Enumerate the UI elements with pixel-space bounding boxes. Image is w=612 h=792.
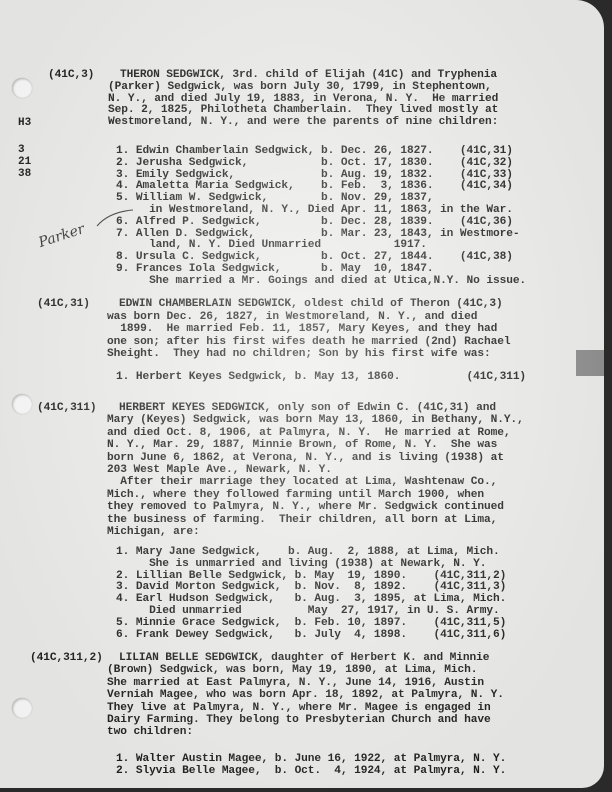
margin-note: 3: [18, 144, 25, 156]
entry-id: (41C,3): [48, 68, 94, 82]
document-page: H3 3 21 38 Parker (41C,3)THERON SEDGWICK…: [0, 0, 604, 788]
margin-note: H3: [18, 117, 31, 129]
margin-note: 21: [18, 156, 31, 168]
entry-text-line: Sheight. They had no children; Son by hi…: [107, 347, 491, 361]
index-tab: [576, 350, 604, 376]
binder-hole: [12, 78, 32, 98]
handwritten-note: Parker: [37, 221, 87, 251]
entry-id: (41C,311,2): [30, 651, 103, 665]
child-list-item: 1. Herbert Keyes Sedgwick, b. May 13, 18…: [116, 370, 526, 384]
entry-id: (41C,31): [37, 297, 90, 311]
entry-text-line: two children:: [107, 725, 193, 739]
child-list-item: 6. Frank Dewey Sedgwick, b. July 4, 1898…: [116, 628, 506, 642]
entry-text-line: Westmoreland, N. Y., and were the parent…: [108, 115, 498, 129]
entry-text-line: Michigan, are:: [107, 525, 200, 539]
binder-hole: [12, 394, 32, 414]
binder-hole: [12, 698, 32, 718]
margin-note: 38: [18, 168, 31, 180]
child-list-item: 2. Slyvia Belle Magee, b. Oct. 4, 1924, …: [116, 764, 506, 778]
entry-id: (41C,311): [37, 401, 97, 415]
child-list-item: She married a Mr. Goings and died at Uti…: [116, 274, 526, 288]
